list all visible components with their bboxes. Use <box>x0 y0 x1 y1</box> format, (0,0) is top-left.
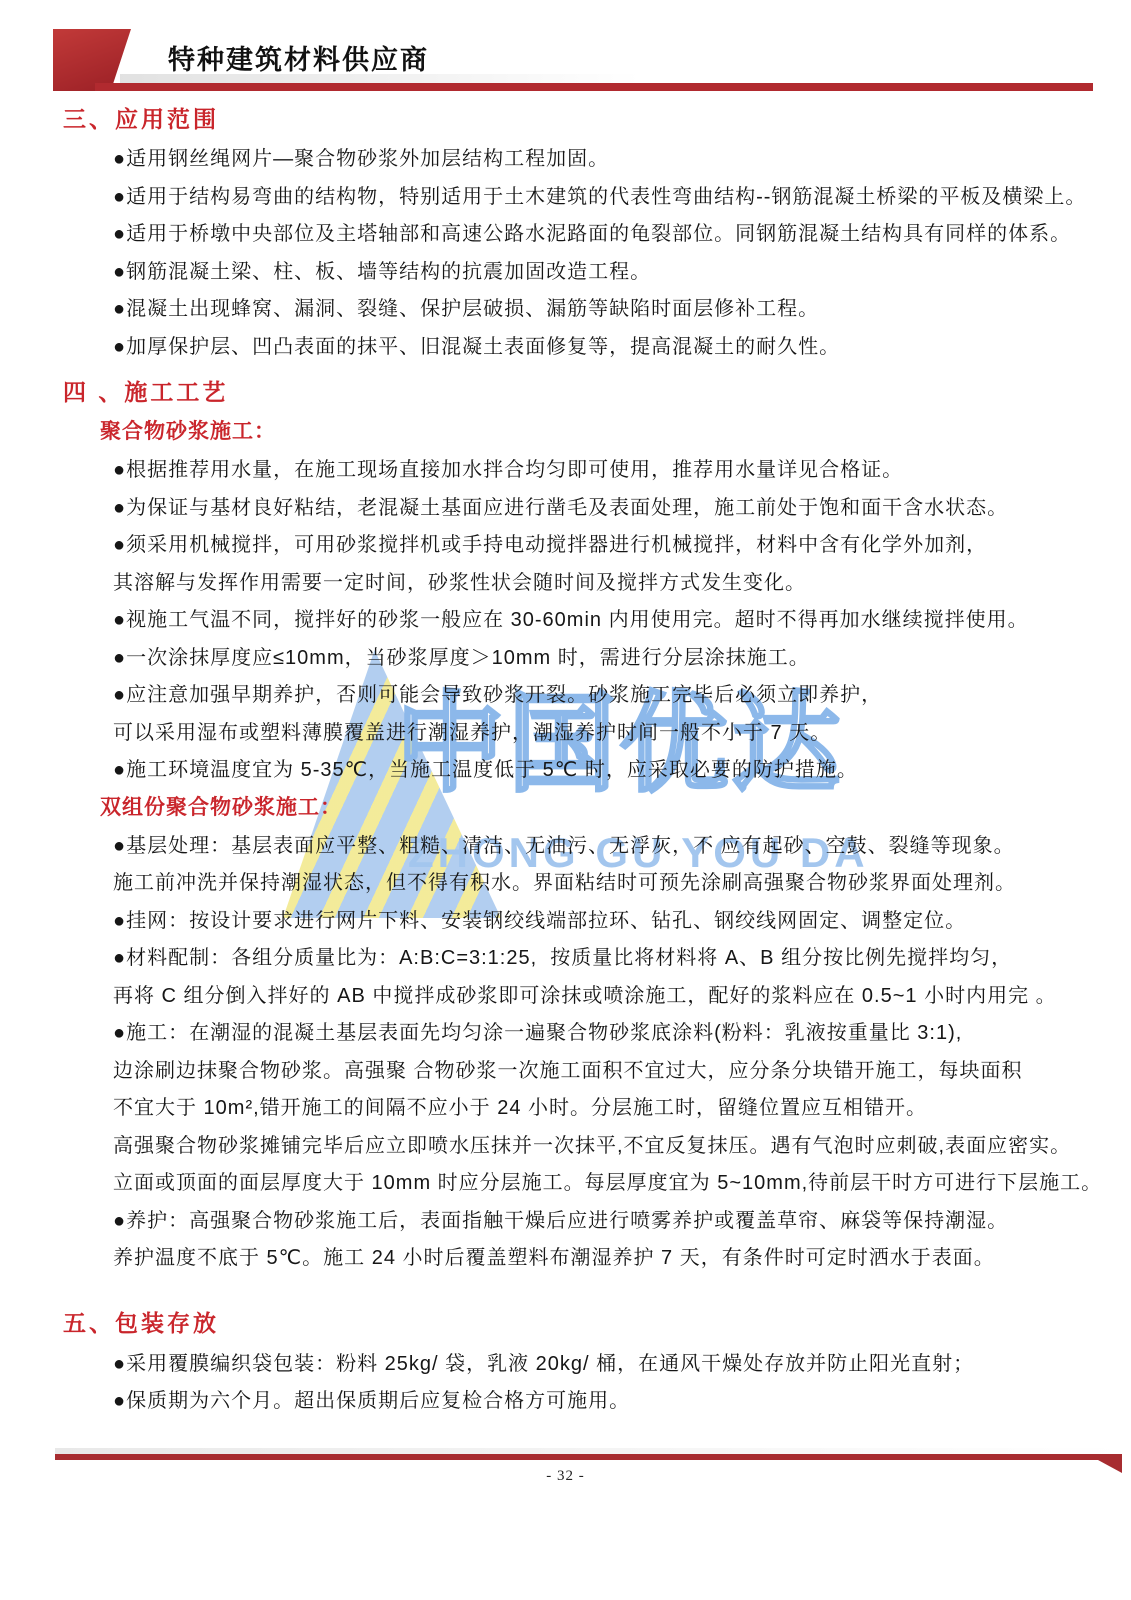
subsection-heading: 双组份聚合物砂浆施工： <box>100 787 1131 825</box>
body-line: 养护温度不底于 5℃。施工 24 小时后覆盖塑料布潮湿养护 7 天，有条件时可定… <box>113 1237 1131 1275</box>
body-line: ●基层处理：基层表面应平整、粗糙、清洁、无油污、无浮灰，不 应有起砂、空鼓、裂缝… <box>113 825 1131 863</box>
body-line: ●视施工气温不同，搅拌好的砂浆一般应在 30-60min 内用使用完。超时不得再… <box>113 599 1131 637</box>
body-line: 可以采用湿布或塑料薄膜覆盖进行潮湿养护，潮湿养护时间一般不小于 7 天。 <box>113 712 1131 750</box>
body-line: 再将 C 组分倒入拌好的 AB 中搅拌成砂浆即可涂抹或喷涂施工，配好的浆料应在 … <box>113 975 1131 1013</box>
body-line: ●适用于桥墩中央部位及主塔轴部和高速公路水泥路面的龟裂部位。同钢筋混凝土结构具有… <box>113 213 1131 251</box>
section-1: 三、应用范围●适用钢丝绳网片—聚合物砂浆外加层结构工程加固。●适用于结构易弯曲的… <box>0 96 1131 363</box>
body-line: ●钢筋混凝土梁、柱、板、墙等结构的抗震加固改造工程。 <box>113 251 1131 289</box>
body-line: 不宜大于 10m²,错开施工的间隔不应小于 24 小时。分层施工时，留缝位置应互… <box>113 1087 1131 1125</box>
body-line: ●挂网：按设计要求进行网片下料、安装钢绞线端部拉环、钻孔、钢绞线网固定、调整定位… <box>113 900 1131 938</box>
content: 三、应用范围●适用钢丝绳网片—聚合物砂浆外加层结构工程加固。●适用于结构易弯曲的… <box>0 96 1131 1418</box>
section-heading: 四 、施工工艺 <box>63 369 1131 411</box>
body-line: ●应注意加强早期养护，否则可能会导致砂浆开裂。砂浆施工完毕后必须立即养护， <box>113 674 1131 712</box>
body-line: 立面或顶面的面层厚度大于 10mm 时应分层施工。每层厚度宜为 5~10mm,待… <box>113 1162 1131 1200</box>
page-number: - 32 - <box>0 1468 1131 1485</box>
brand-title: 特种建筑材料供应商 <box>168 38 429 77</box>
body-line: ●养护：高强聚合物砂浆施工后，表面指触干燥后应进行喷雾养护或覆盖草帘、麻袋等保持… <box>113 1200 1131 1238</box>
body-line: 其溶解与发挥作用需要一定时间，砂浆性状会随时间及搅拌方式发生变化。 <box>113 562 1131 600</box>
footer-red-line <box>55 1454 1122 1460</box>
body-line: ●材料配制：各组分质量比为：A:B:C=3:1:25, 按质量比将材料将 A、B… <box>113 937 1131 975</box>
section-heading: 三、应用范围 <box>63 96 1131 138</box>
section-3: 五、包装存放●采用覆膜编织袋包装：粉料 25kg/ 袋，乳液 20kg/ 桶，在… <box>0 1301 1131 1418</box>
section-2: 四 、施工工艺聚合物砂浆施工：●根据推荐用水量，在施工现场直接加水拌合均匀即可使… <box>0 369 1131 1275</box>
body-line: ●须采用机械搅拌，可用砂浆搅拌机或手持电动搅拌器进行机械搅拌，材料中含有化学外加… <box>113 524 1131 562</box>
body-line: ●适用钢丝绳网片—聚合物砂浆外加层结构工程加固。 <box>113 138 1131 176</box>
body-line: 边涂刷边抹聚合物砂浆。高强聚 合物砂浆一次施工面积不宜过大，应分条分块错开施工，… <box>113 1050 1131 1088</box>
body-line: ●施工：在潮湿的混凝土基层表面先均匀涂一遍聚合物砂浆底涂料(粉料：乳液按重量比 … <box>113 1012 1131 1050</box>
body-line: ●保质期为六个月。超出保质期后应复检合格方可施用。 <box>113 1380 1131 1418</box>
body-line: ●根据推荐用水量，在施工现场直接加水拌合均匀即可使用，推荐用水量详见合格证。 <box>113 449 1131 487</box>
body-line: ●施工环境温度宜为 5-35℃，当施工温度低于 5℃ 时，应采取必要的防护措施。 <box>113 749 1131 787</box>
section-heading: 五、包装存放 <box>63 1301 1131 1343</box>
body-line: ●一次涂抹厚度应≤10mm，当砂浆厚度＞10mm 时，需进行分层涂抹施工。 <box>113 637 1131 675</box>
body-line: 高强聚合物砂浆摊铺完毕后应立即喷水压抹并一次抹平,不宜反复抹压。遇有气泡时应刺破… <box>113 1125 1131 1163</box>
body-line: ●加厚保护层、凹凸表面的抹平、旧混凝土表面修复等，提高混凝土的耐久性。 <box>113 326 1131 364</box>
body-line: 施工前冲洗并保持潮湿状态，但不得有积水。界面粘结时可预先涂刷高强聚合物砂浆界面处… <box>113 862 1131 900</box>
body-line: ●混凝土出现蜂窝、漏洞、裂缝、保护层破损、漏筋等缺陷时面层修补工程。 <box>113 288 1131 326</box>
body-line: ●适用于结构易弯曲的结构物，特别适用于土木建筑的代表性弯曲结构--钢筋混凝土桥梁… <box>113 176 1131 214</box>
header-red-bar <box>95 83 1093 91</box>
body-line: ●采用覆膜编织袋包装：粉料 25kg/ 袋，乳液 20kg/ 桶，在通风干燥处存… <box>113 1343 1131 1381</box>
body-line: ●为保证与基材良好粘结，老混凝土基面应进行凿毛及表面处理，施工前处于饱和面干含水… <box>113 487 1131 525</box>
subsection-heading: 聚合物砂浆施工： <box>100 411 1131 449</box>
